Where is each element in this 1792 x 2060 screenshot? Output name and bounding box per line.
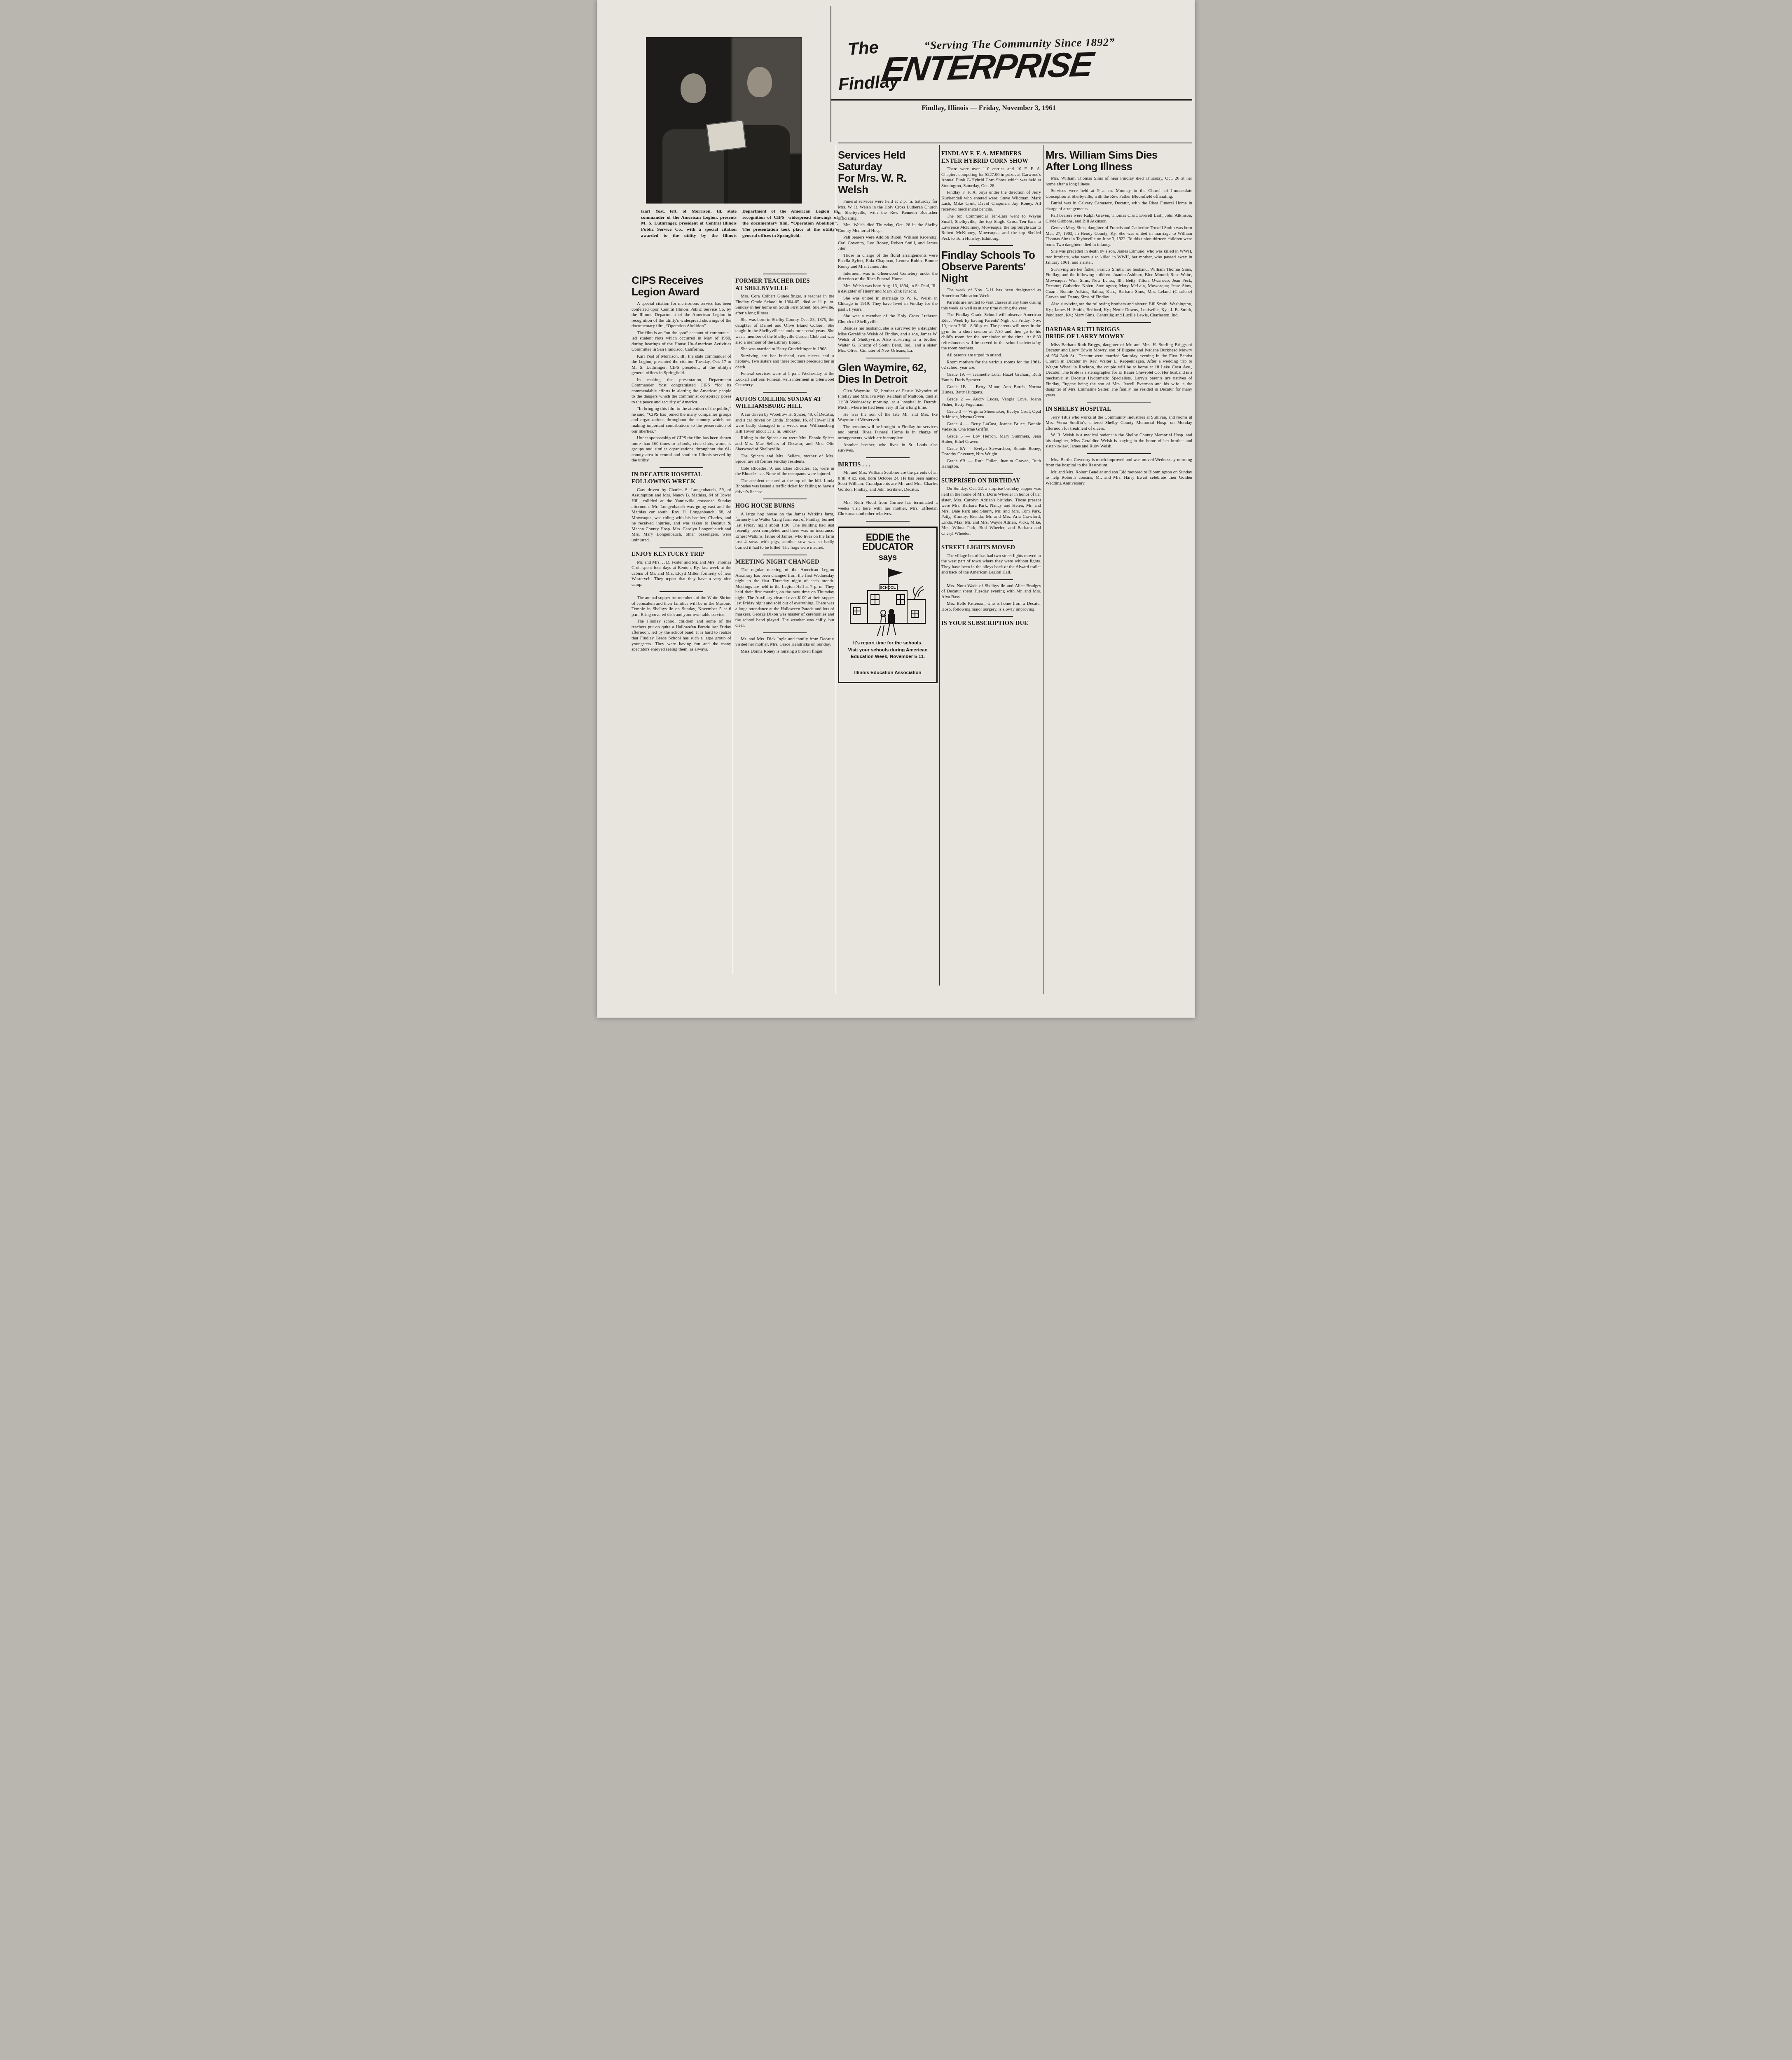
photo-caption: Karl Yost, left, of Morrison, Ill. state… <box>641 208 838 239</box>
divider <box>763 499 807 499</box>
section-headline: ENJOY KENTUCKY TRIP <box>632 551 731 558</box>
man-right-silhouette <box>728 96 790 204</box>
divider <box>866 457 910 458</box>
paragraph: In making the presentation, Departmentt … <box>632 377 731 405</box>
masthead-title-enterprise: ENTERPRISE <box>880 47 1095 87</box>
school-sign: SCHOOL <box>880 585 896 590</box>
divider <box>969 616 1013 617</box>
section-headline: FORMER TEACHER DIES AT SHELBYVILLE <box>735 278 834 292</box>
paragraph: There were over 110 entries and 10 F. F.… <box>941 166 1041 189</box>
masthead-title-the: The <box>847 38 879 58</box>
column-rule-1-2 <box>733 278 733 974</box>
paragraph: Mrs. Bertha Coventry is much improved an… <box>1046 457 1192 468</box>
school-illustration: SCHOOL <box>845 564 930 637</box>
section-headline: BARBARA RUTH BRIGGS BRIDE OF LARRY MOWRY <box>1046 326 1192 341</box>
paragraph: Under sponsorship of CIPS the film has b… <box>632 435 731 463</box>
paragraph: Those in charge of the floral arrangemen… <box>838 253 938 270</box>
man-right-head <box>747 67 772 97</box>
paragraph: Mr. and Mrs. William Scribner are the pa… <box>838 470 938 492</box>
section-headline: IS YOUR SUBSCRIPTION DUE <box>941 620 1041 627</box>
section-headline: FINDLAY F. F. A. MEMBERS ENTER HYBRID CO… <box>941 150 1041 165</box>
paragraph: She was married to Harry Gundelfinger in… <box>735 346 834 352</box>
article-headline: CIPS Receives Legion Award <box>632 274 731 297</box>
paragraph: Surviving are her father, Francis Smith;… <box>1046 267 1192 300</box>
paragraph: The accident occured at the top of the h… <box>735 478 834 495</box>
paragraph: Parents are invited to visit classes at … <box>941 300 1041 311</box>
paragraph: Mr. and Mrs. Dick Ingle and family from … <box>735 637 834 648</box>
ad-subtitle: says <box>843 553 932 562</box>
divider <box>763 274 807 274</box>
column-4-articles: FINDLAY F. F. A. MEMBERS ENTER HYBRID CO… <box>941 150 1041 627</box>
paragraph: Grade 1B — Betty Minor, Ann Burch, Norma… <box>941 384 1041 396</box>
section-headline: HOG HOUSE BURNS <box>735 503 834 510</box>
masthead-rule <box>830 99 1192 101</box>
paragraph: Pall bearers were Adolph Rubin, William … <box>838 235 938 252</box>
divider <box>660 591 703 592</box>
divider <box>1087 453 1151 454</box>
divider <box>763 392 807 393</box>
paragraph: Mr. and Mrs. J. D. Foster and Mr. and Mr… <box>632 560 731 588</box>
paragraph: Findlay F. F. A. boys under the directio… <box>941 190 1041 212</box>
paragraph: Funeral services were held at 2 p. m. Sa… <box>838 199 938 221</box>
column-1: CIPS Receives Legion AwardA special cita… <box>632 273 731 654</box>
paragraph: The film is an “on-the-spot” account of … <box>632 330 731 353</box>
paragraph: Besides her husband, she is survived by … <box>838 326 938 354</box>
paragraph: A special citation for meritorious servi… <box>632 301 731 329</box>
column-4: FINDLAY F. F. A. MEMBERS ENTER HYBRID CO… <box>941 147 1041 629</box>
paragraph: The Findlay school children and some of … <box>632 619 731 652</box>
section-headline: SURPRISED ON BIRTHDAY <box>941 478 1041 485</box>
paragraph: Mr. and Mrs. Robert Bendler and son Edd … <box>1046 470 1192 487</box>
paragraph: She was preceded in death by a son, Jame… <box>1046 249 1192 266</box>
section-headline: AUTOS COLLIDE SUNDAY AT WILLIAMSBURG HIL… <box>735 396 834 410</box>
paragraph: Mrs. Welsh was born Aug. 16, 1894, in St… <box>838 283 938 295</box>
ad-message: It's report time for the schools. Visit … <box>843 640 932 660</box>
ad-organization: Illinois Education Association <box>843 670 932 676</box>
column-2-articles: FORMER TEACHER DIES AT SHELBYVILLEMrs. C… <box>735 274 834 654</box>
paragraph: Mrs. Ruth Flood from Gurnee has terminat… <box>838 500 938 517</box>
paragraph: Grade 3 — Virginia Shoemaker, Evelyn Cru… <box>941 409 1041 420</box>
paragraph: She was united in marriage to W. R. Wels… <box>838 296 938 313</box>
dateline: Findlay, Illinois — Friday, November 3, … <box>861 104 1116 112</box>
column-2: FORMER TEACHER DIES AT SHELBYVILLEMrs. C… <box>735 270 834 655</box>
column-3-articles: Services Held Saturday For Mrs. W. R. We… <box>838 149 938 522</box>
paragraph: Riding in the Spicer auto were Mrs. Fann… <box>735 435 834 452</box>
section-headline: BIRTHS . . . <box>838 461 938 469</box>
paragraph: Grade 4 — Betty LaCost, Jeanne Bruce, Bo… <box>941 421 1041 433</box>
masthead-divider <box>830 6 831 142</box>
paragraph: The Spicers and Mrs. Sellers, mother of … <box>735 454 834 465</box>
divider <box>660 547 703 548</box>
divider <box>866 496 910 497</box>
paragraph: Glen Waymire, 62, brother of Festus Waym… <box>838 389 938 411</box>
divider <box>763 632 807 633</box>
divider <box>660 467 703 468</box>
education-week-ad: EDDIE the EDUCATOR says <box>838 527 938 683</box>
section-headline: STREET LIGHTS MOVED <box>941 544 1041 552</box>
paragraph: A car driven by Woodrow H. Spicer, 48, o… <box>735 412 834 434</box>
paragraph: The annual supper for members of the Whi… <box>632 595 731 618</box>
paragraph: W. R. Welsh is a medical patient in the … <box>1046 433 1192 449</box>
paragraph: Cole Rhoades, 9, and Elsie Rhoades, 15, … <box>735 466 834 477</box>
divider <box>1087 402 1151 403</box>
paragraph: He was the son of the late Mr. and Mrs. … <box>838 412 938 423</box>
article-headline: Findlay Schools To Observe Parents' Nigh… <box>941 249 1041 284</box>
paragraph: The remains will be brought to Findlay f… <box>838 424 938 441</box>
divider <box>1087 322 1151 323</box>
divider <box>866 521 910 522</box>
paragraph: Burial was in Calvary Cemetery, Decatur,… <box>1046 201 1192 212</box>
section-headline: MEETING NIGHT CHANGED <box>735 559 834 566</box>
article-headline: Services Held Saturday For Mrs. W. R. We… <box>838 149 938 195</box>
paragraph: Miss Donna Roney is nursing a broken fin… <box>735 649 834 655</box>
paragraph: Mrs. Cora Colbert Gundelfinger, a teache… <box>735 294 834 316</box>
paragraph: Cars driven by Charles S. Longenbauch, 5… <box>632 487 731 543</box>
column-rule-3-4 <box>939 145 940 986</box>
paragraph: On Sunday, Oct. 22, a surprise birthday … <box>941 486 1041 536</box>
paragraph: Mrs. Welsh died Thursday, Oct. 26 in the… <box>838 222 938 234</box>
newspaper-page: “Serving The Community Since 1892” The F… <box>597 0 1195 1018</box>
paragraph: The week of Nov. 5-11 has been designate… <box>941 288 1041 299</box>
article-headline: Mrs. William Sims Dies After Long Illnes… <box>1046 149 1192 172</box>
divider <box>969 473 1013 474</box>
paragraph: All parents are urged to attend. <box>941 353 1041 358</box>
man-left-silhouette <box>662 101 724 204</box>
paragraph: Pall bearers were Ralph Graven, Thomas C… <box>1046 213 1192 224</box>
paragraph: Interment was in Gleenwood Cemetery unde… <box>838 271 938 282</box>
paragraph: She was born in Shelby County Dec. 25, 1… <box>735 317 834 345</box>
paragraph: Grade 2 — Audry Lucas, Vangie Love, Joan… <box>941 397 1041 408</box>
section-headline: IN SHELBY HOSPITAL <box>1046 406 1192 413</box>
paragraph: Funeral services were at 1 p.m. Wednesda… <box>735 371 834 388</box>
columns-top-rule <box>838 143 1192 143</box>
divider <box>969 579 1013 580</box>
paragraph: She was a member of the Holy Cross Luthe… <box>838 314 938 325</box>
paragraph: Services were held at 9 a. m. Monday in … <box>1046 188 1192 199</box>
paragraph: The regular meeting of the American Legi… <box>735 567 834 629</box>
divider <box>969 540 1013 541</box>
paragraph: Mrs. William Thomas Sims of near Findlay… <box>1046 176 1192 187</box>
man-left-head <box>681 73 706 103</box>
column-5-articles: Mrs. William Sims Dies After Long Illnes… <box>1046 149 1192 486</box>
paragraph: “In bringing this film to the attention … <box>632 406 731 434</box>
paragraph: Grade 6B — Ruth Fuller, Juanita Graven, … <box>941 459 1041 470</box>
news-photo <box>646 37 802 204</box>
citation-certificate <box>706 120 746 152</box>
column-rule-4-5 <box>1043 145 1043 994</box>
paragraph: Another brother, who lives in St. Louis … <box>838 442 938 454</box>
paragraph: The village board has had two street lig… <box>941 553 1041 576</box>
paragraph: A large hog house on the James Watkins f… <box>735 512 834 551</box>
column-1-articles: CIPS Receives Legion AwardA special cita… <box>632 274 731 653</box>
paragraph: Jerry Titus who works at the Community I… <box>1046 415 1192 432</box>
paragraph: Mrs. Nora Wade of Shelbyville and Alice … <box>941 583 1041 600</box>
paragraph: Surviving are her husband, two nieces an… <box>735 353 834 370</box>
paragraph: Geneva Mary Sims, daughter of Francis an… <box>1046 225 1192 248</box>
paragraph: The Findlay Grade School will observe Am… <box>941 312 1041 351</box>
paragraph: Karl Yost of Morrison, Ill., the state c… <box>632 354 731 376</box>
paragraph: Grade 1A — Jeannette Lutz, Hazel Graham,… <box>941 372 1041 383</box>
column-5: Mrs. William Sims Dies After Long Illnes… <box>1046 147 1192 487</box>
paragraph: The top Commercial Ten-Ears went to Wayn… <box>941 214 1041 242</box>
paragraph: Grade 6A — Evelyn Stewardson, Bonnie Ron… <box>941 446 1041 457</box>
paragraph: Mrs. Belle Patterson, who is home from a… <box>941 601 1041 612</box>
paragraph: Miss Barbara Ruth Briggs, daughter of Mr… <box>1046 342 1192 398</box>
ad-title: EDDIE the EDUCATOR <box>843 533 932 552</box>
divider <box>866 358 910 358</box>
column-3: Services Held Saturday For Mrs. W. R. We… <box>838 147 938 683</box>
divider <box>763 555 807 555</box>
paragraph: Grade 5 — Loy Herron, Mary Summers, Jean… <box>941 434 1041 445</box>
section-headline: IN DECATUR HOSPITAL FOLLOWING WRECK <box>632 471 731 486</box>
paragraph: Room mothers for the various rooms for t… <box>941 360 1041 371</box>
paragraph: Also surviving are the following brother… <box>1046 302 1192 318</box>
divider <box>969 245 1013 246</box>
column-rule-2-3 <box>836 145 836 994</box>
article-headline: Glen Waymire, 62, Dies In Detroit <box>838 362 938 385</box>
